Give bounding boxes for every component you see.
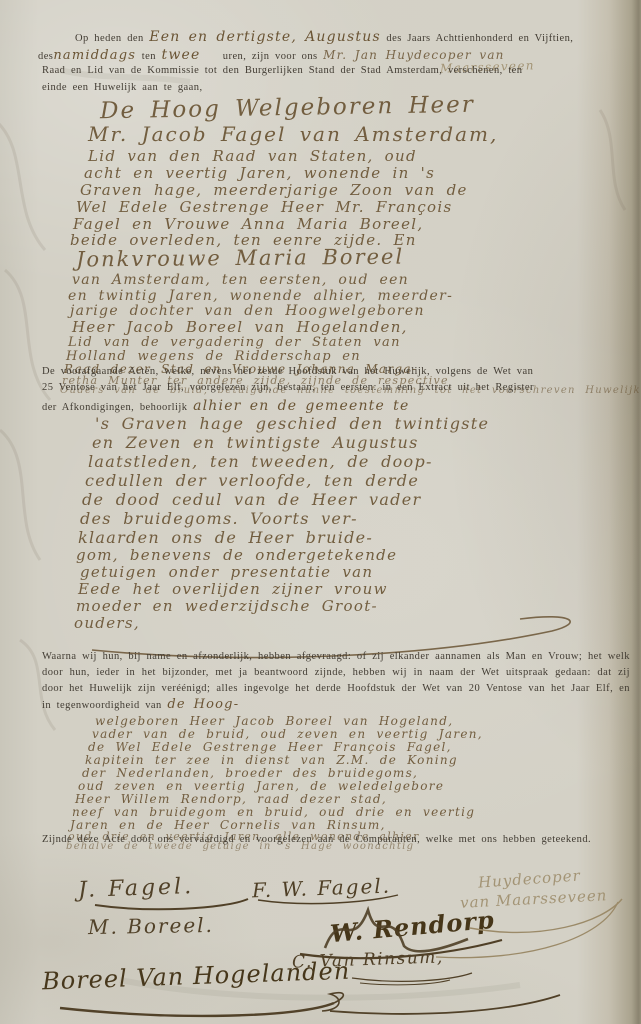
par3-hw-tail: de Hoog- [167, 697, 239, 712]
header-printed-des: des [38, 51, 53, 62]
hw-groom-name: Mr. Jacob Fagel van Amsterdam, [88, 122, 498, 146]
hw-block3-line: vader van de bruid, oud zeven en veertig… [92, 727, 483, 741]
hw-block3-line: der Nederlanden, broeder des bruidegoms, [82, 766, 418, 780]
hw-block2-line: des bruidegoms. Voorts ver- [80, 509, 358, 528]
signature-rendorp: W. Rendorp [329, 905, 496, 948]
header-hw-date: Een en dertigste, Augustus [149, 29, 381, 45]
par3-declaration: Waarna wij hun, bij name en afzonderlijk… [42, 649, 630, 714]
hw-block3-line: welgeboren Heer Jacob Boreel van Hogelan… [95, 714, 453, 728]
hw-bride-name: Jonkvrouwe Maria Boreel [76, 245, 404, 272]
hw-block2-line: klaarden ons de Heer bruide- [78, 528, 373, 547]
hw-block1-line: en twintig Jaren, wonende alhier, meerde… [68, 288, 453, 304]
marriage-act-scan: Op heden den Een en dertigste, Augustus … [0, 0, 641, 1024]
closing-statement: Zijnde deze Acte door ons vervaardigd en… [42, 832, 630, 848]
par2-line-3: der Afkondigingen, behoorlijk alhier en … [42, 398, 409, 414]
header-line-2: desnamiddags ten twee uren, zijn voor on… [38, 47, 505, 63]
header-printed-opheden: Op heden den [75, 33, 144, 44]
header-line-1: Op heden den Een en dertigste, Augustus … [75, 29, 573, 45]
hw-block1-line: Graven hage, meerderjarige Zoon van de [80, 181, 468, 199]
par2-hw-tail: alhier en de gemeente te [193, 398, 409, 414]
header-line-4: einde een Huwelijk aan te gaan, [42, 82, 203, 93]
hw-block2-line: en Zeven en twintigste Augustus [92, 433, 419, 452]
hw-block2-line: moeder en wederzijdsche Groot- [76, 597, 378, 615]
hw-block3-line: kapitein ter zee in dienst van Z.M. de K… [85, 753, 458, 767]
hw-block1-line: van Amsterdam, ten eersten, oud een [72, 272, 409, 288]
hw-block2-line: ouders, [74, 614, 140, 632]
hw-block1-line: acht en veertig Jaren, wonende in 's [84, 164, 435, 182]
hw-block2-line: 's Graven hage geschied den twintigste [95, 414, 489, 433]
hw-block1-line: Wel Edele Gestrenge Heer Mr. François [76, 198, 452, 216]
header-printed-jaar: des Jaars Achttienhonderd en Vijftien, [386, 33, 573, 44]
hw-block1-line: jarige dochter van den Hoogwelgeboren [70, 303, 425, 319]
hw-block2-line: gom, benevens de ondergetekende [76, 546, 397, 564]
signature-groom: J. Fagel. [78, 874, 195, 903]
hw-block3-line: neef van bruidegom en bruid, oud drie en… [72, 805, 475, 819]
hw-block1-line: Lid van den Raad van Staten, oud [88, 147, 417, 165]
hw-bride-father-name: Heer Jacob Boreel van Hogelanden, [72, 318, 408, 336]
hw-block3-line: oud zeven en veertig Jaren, de weledelge… [78, 779, 444, 793]
hw-block2-line: cedullen der verloofde, ten derde [85, 471, 419, 490]
hw-block2-line: getuigen onder presentatie van [80, 563, 373, 581]
signature-witness-fagel: F. W. Fagel. [252, 874, 392, 903]
hw-block2-line: de dood cedul van de Heer vader [82, 490, 421, 509]
header-hw-hour: twee [162, 47, 201, 63]
hw-block1-line: Lid van de vergadering der Staten van [68, 335, 401, 350]
signature-father: Boreel Van Hogelanden [42, 957, 351, 996]
hw-block3-line: Heer Willem Rendorp, raad dezer stad, [75, 792, 387, 806]
hw-block2-line: Eede het overlijden zijner vrouw [78, 580, 388, 598]
header-line-3: Raad en Lid van de Kommissie tot den Bur… [42, 65, 523, 76]
signature-bride: M. Boreel. [88, 913, 214, 939]
hw-block2-line: laatstleden, ten tweeden, de doop- [88, 452, 433, 471]
header-hw-daypart: namiddags [53, 48, 136, 63]
par2-printed-behoorlijk: der Afkondigingen, behoorlijk [42, 402, 188, 413]
par3-printed-text: Waarna wij hun, bij name en afzonderlijk… [42, 651, 630, 711]
header-printed-ten: ten [142, 51, 156, 62]
header-printed-uren: uren, zijn voor ons [223, 51, 318, 62]
par2-line-2: 25 Ventose van het Jaar Elf, voorgelezen… [42, 382, 534, 393]
hw-block3-line: de Wel Edele Gestrenge Heer François Fag… [88, 740, 452, 754]
par2-line-1: De voorafgaande Acten, welke, nevens het… [42, 366, 533, 377]
hw-groom-title: De Hoog Welgeboren Heer [100, 92, 475, 125]
